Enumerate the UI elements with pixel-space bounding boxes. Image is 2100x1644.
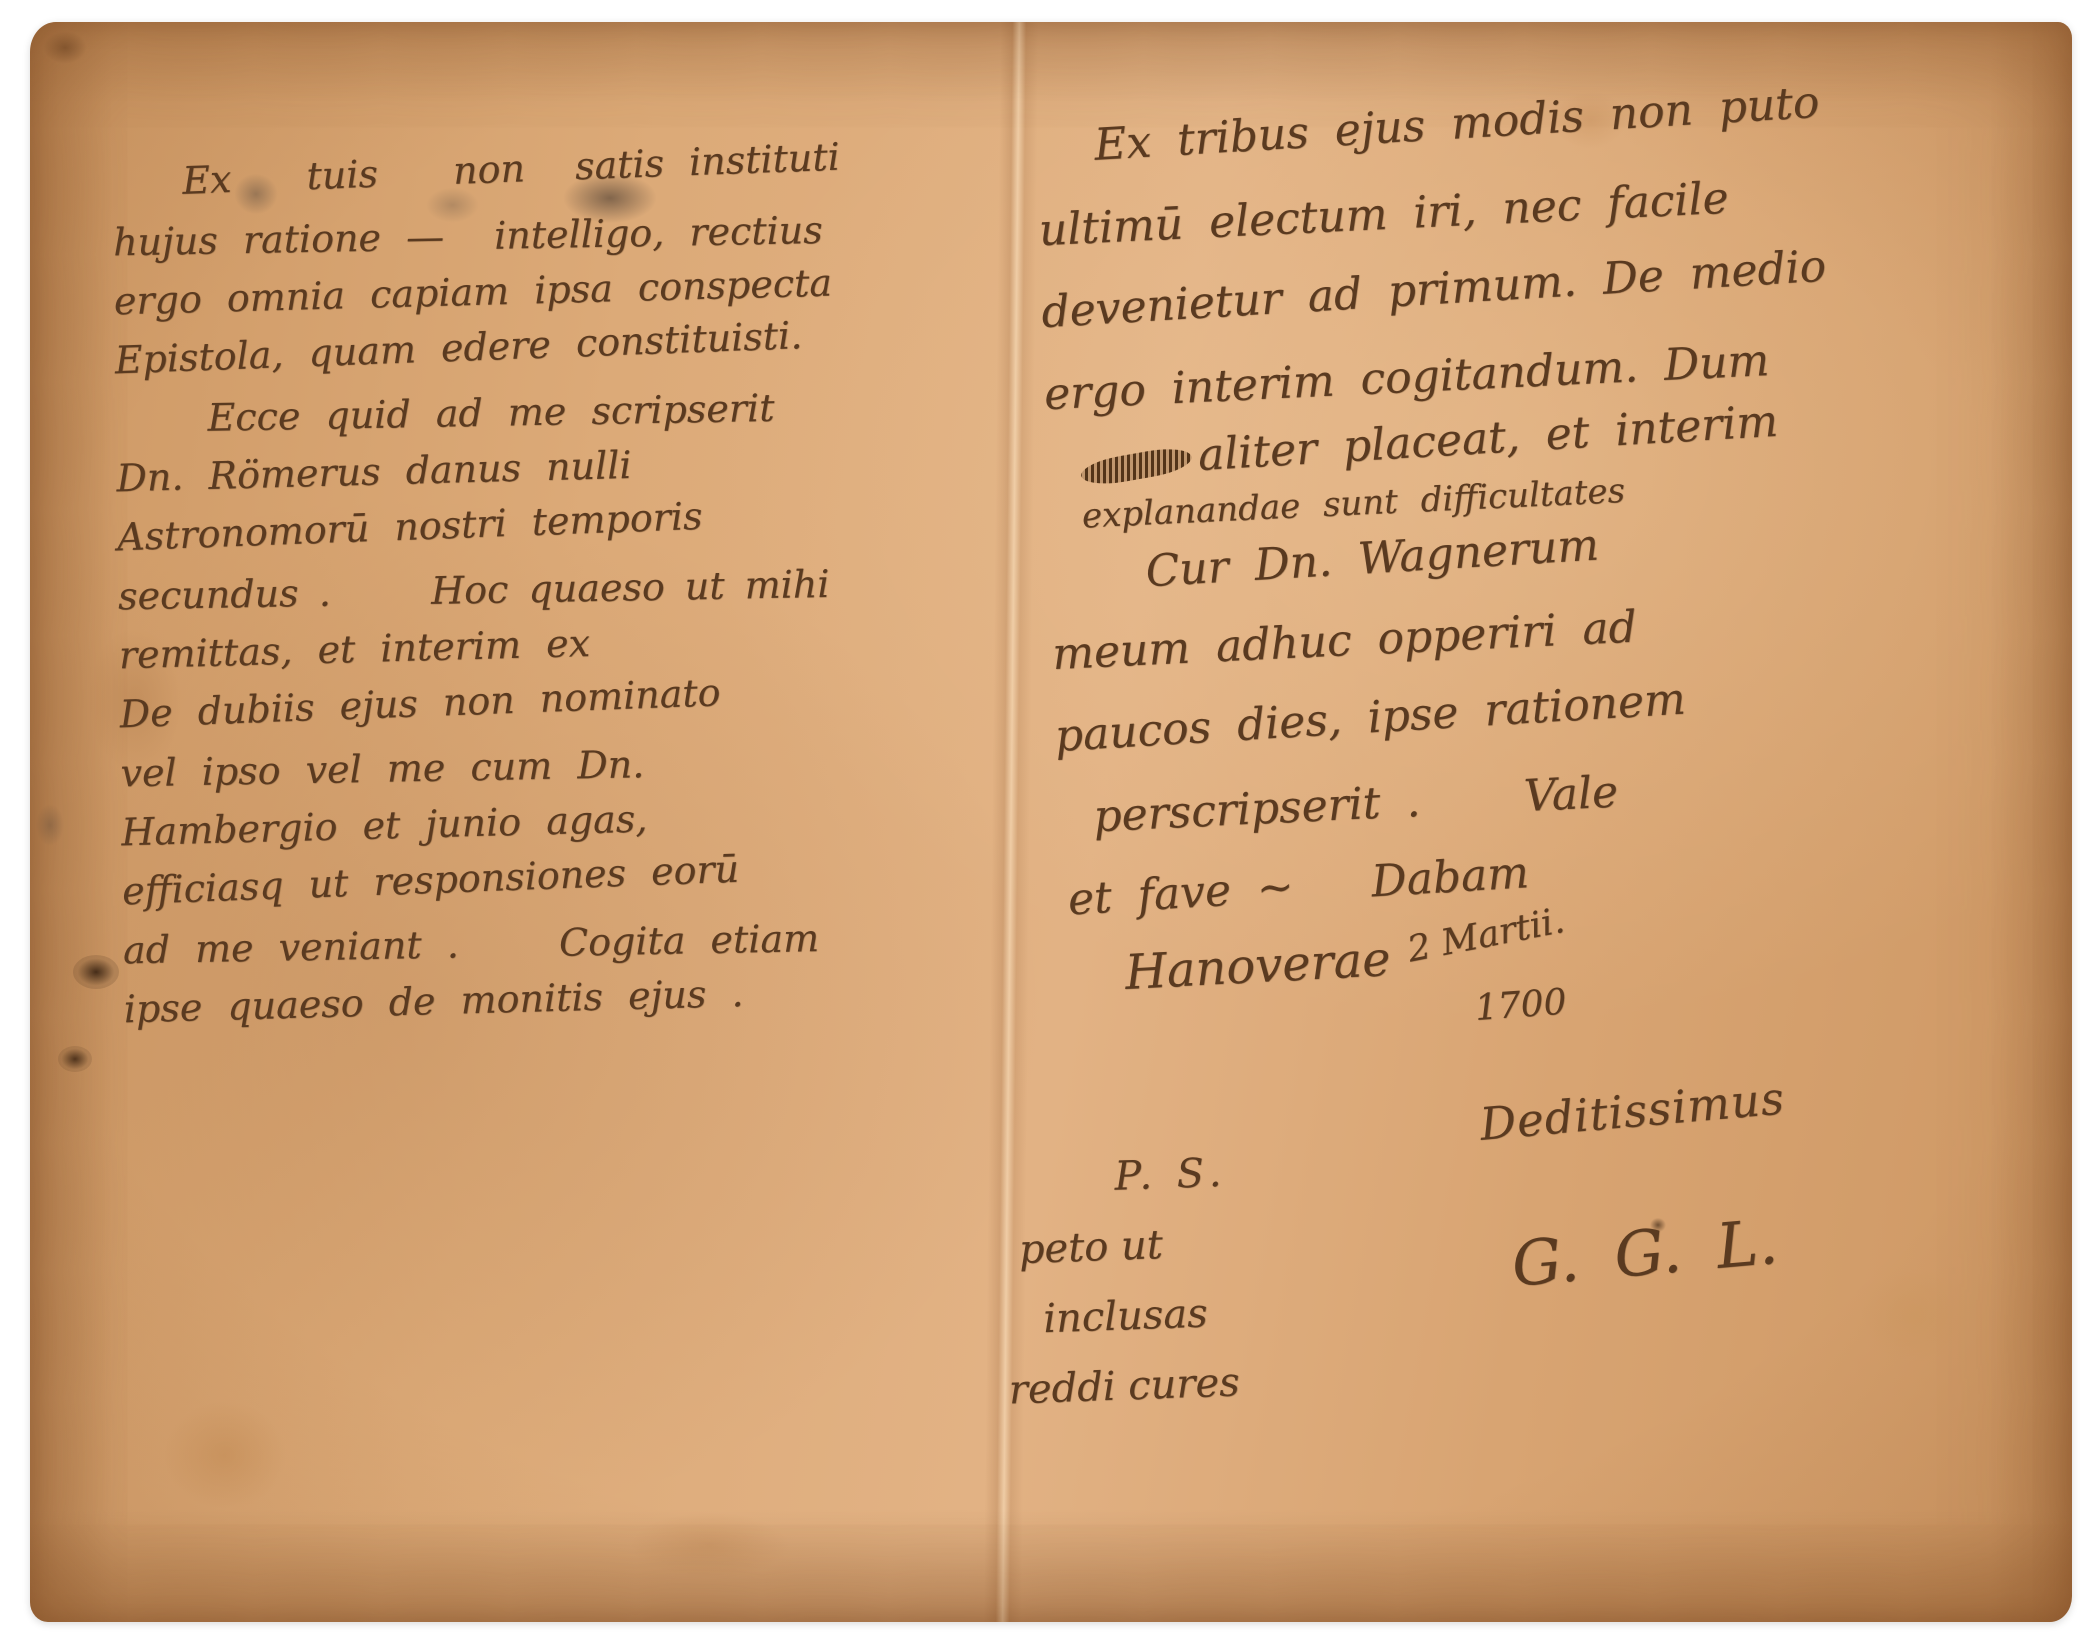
letter-paper: Ex tuis non satis instituti hujus ration… [30, 22, 2072, 1622]
corner-smudge [35, 25, 95, 70]
valediction: Deditissimus [1478, 1071, 1787, 1150]
postscript-line: reddi cures [1008, 1344, 1335, 1425]
postscript: P. S. peto ut inclusas reddi cures [995, 1134, 1335, 1425]
dateline-year: 1700 [1474, 982, 1568, 1029]
postscript-line: peto ut [1018, 1204, 1330, 1285]
left-page: Ex tuis non satis instituti hujus ration… [112, 142, 1034, 1040]
postscript-line: inclusas [1042, 1274, 1332, 1354]
gray-streak [30, 795, 70, 855]
postscript-heading: P. S. [1113, 1134, 1327, 1211]
signature-initials: G. G. L. [1509, 1205, 1781, 1301]
right-page: Ex tribus ejus modis non puto ultimū ele… [1035, 76, 2091, 942]
ink-blot [73, 955, 119, 989]
paper-stain [140, 1380, 310, 1530]
ink-blot [58, 1046, 92, 1072]
dateline-place: Hanoverae [1124, 931, 1392, 1001]
paper-stain [600, 1500, 820, 1590]
paper-stain [1840, 1250, 1990, 1380]
